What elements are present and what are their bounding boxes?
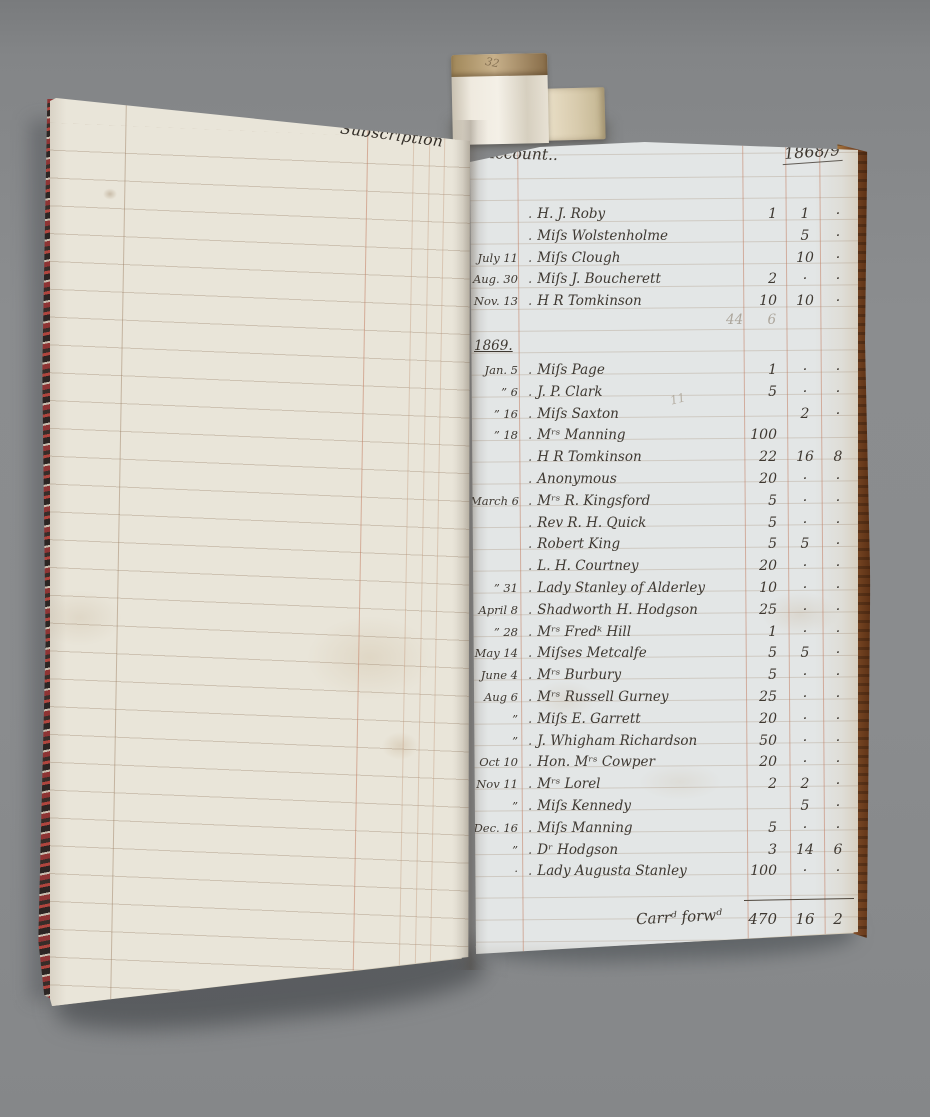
entry-pounds: 5: [715, 645, 777, 661]
entry-pounds: 22: [715, 449, 777, 465]
money-column-line: [429, 91, 446, 1021]
entry-shillings: 1: [788, 206, 822, 222]
entry-date: ” 6: [470, 385, 518, 399]
photo-of-ledger: { "colors": { "background_gray": "#8a8c8…: [0, 0, 930, 1117]
ledger-row: ” J. Whigham Richardson 50 · ·: [470, 732, 858, 754]
entry-date: ” 31: [470, 581, 518, 595]
entry-name: J. Whigham Richardson: [528, 733, 697, 749]
ledger-row: ” Miſs E. Garrett 20 · ·: [470, 710, 858, 732]
entry-pounds: 2: [715, 776, 777, 792]
entry-pounds: 1: [715, 362, 777, 378]
entry-name: L. H. Courtney: [528, 558, 639, 574]
entry-date: ” 28: [470, 625, 518, 639]
entry-name: Anonymous: [528, 471, 617, 487]
ledger-row: H. J. Roby 1 1 ·: [470, 205, 858, 227]
entry-shillings: ·: [788, 362, 822, 378]
entry-pence: ·: [822, 228, 854, 244]
entry-name: Miſs E. Garrett: [528, 711, 641, 727]
ledger-row: Dec. 16 Miſs Manning 5 · ·: [470, 819, 858, 841]
entry-name: H R Tomkinson: [528, 293, 642, 309]
entry-date: ”: [470, 734, 518, 748]
entry-name: Lady Augusta Stanley: [528, 863, 687, 879]
entry-pence: ·: [822, 293, 854, 309]
entry-name: H R Tomkinson: [528, 449, 642, 465]
entry-pounds: 20: [715, 558, 777, 574]
entry-pounds: 25: [715, 602, 777, 618]
entry-shillings: ·: [788, 820, 822, 836]
entry-name: Mʳˢ Lorel: [528, 776, 601, 792]
entry-pence: ·: [822, 558, 854, 574]
entry-pence: ·: [822, 798, 854, 814]
bookmark-tab-label: 32: [484, 55, 500, 70]
bookmark-tab-secondary: [542, 87, 605, 141]
entry-pounds: 20: [715, 711, 777, 727]
ledger-right-page: Account.. 1868/9 H. J. Roby 1 1 · Miſs W…: [470, 142, 858, 954]
entry-pence: ·: [822, 493, 854, 509]
entry-pounds: 10: [715, 580, 777, 596]
entry-pence: ·: [822, 733, 854, 749]
entry-date: Aug. 30: [470, 272, 518, 286]
entry-pence: ·: [822, 776, 854, 792]
entry-date: ”: [470, 799, 518, 813]
entry-name: Mʳˢ Russell Gurney: [528, 689, 669, 705]
entry-shillings: ·: [788, 558, 822, 574]
ledger-row: Oct 10 Hon. Mʳˢ Cowper 20 · ·: [470, 753, 858, 775]
entry-pounds: 20: [715, 471, 777, 487]
entry-pence: ·: [822, 406, 854, 422]
entry-pence: ·: [822, 689, 854, 705]
entry-name: Rev R. H. Quick: [528, 515, 646, 531]
entry-shillings: ·: [788, 515, 822, 531]
entry-date: ”: [470, 843, 518, 857]
entry-shillings: ·: [788, 384, 822, 400]
ledger-row: H R Tomkinson 22 16 8: [470, 448, 858, 470]
entry-pounds: 5: [715, 667, 777, 683]
left-page-vertical-ruling: [42, 94, 478, 1011]
entry-shillings: ·: [788, 271, 822, 287]
ledger-row: ” 31 Lady Stanley of Alderley 10 · ·: [470, 579, 858, 601]
entry-name: Miſs Saxton: [528, 406, 619, 422]
entry-pounds: 1: [715, 206, 777, 222]
entry-pence: ·: [822, 206, 854, 222]
entry-shillings: 14: [788, 842, 822, 858]
entry-shillings: ·: [788, 580, 822, 596]
money-column-line: [398, 91, 415, 1021]
entry-pounds: 3: [715, 842, 777, 858]
entry-pence: ·: [822, 602, 854, 618]
ledger-row: Robert King 5 5 ·: [470, 535, 858, 557]
entry-pence: ·: [822, 471, 854, 487]
entry-shillings: 16: [788, 449, 822, 465]
entry-pence: ·: [822, 362, 854, 378]
ledger-row: Miſs Wolstenholme 5 ·: [470, 227, 858, 249]
entry-date: ” 16: [470, 407, 518, 421]
pencil-subtotal-note: 44 6: [726, 312, 776, 328]
entry-pounds: 5: [715, 515, 777, 531]
entry-pence: ·: [822, 384, 854, 400]
entry-pence: ·: [822, 536, 854, 552]
entry-shillings: 2: [788, 776, 822, 792]
entry-pence: ·: [822, 515, 854, 531]
entries-1869: Jan. 5 Miſs Page 1 · · ” 6 J. P. Clark 5…: [470, 361, 858, 884]
entry-shillings: 5: [788, 645, 822, 661]
entry-shillings: ·: [788, 667, 822, 683]
entry-shillings: 10: [788, 250, 822, 266]
entry-pounds: 20: [715, 754, 777, 770]
ledger-row: ” 18 Mʳˢ Manning 100: [470, 426, 858, 448]
entry-pence: ·: [822, 820, 854, 836]
entry-pence: ·: [822, 667, 854, 683]
ledger-row: May 14 Miſses Metcalfe 5 5 ·: [470, 644, 858, 666]
ledger-row: ” Dʳ Hodgson 3 14 6: [470, 841, 858, 863]
entry-shillings: 2: [788, 406, 822, 422]
total-pounds: 470: [715, 910, 777, 928]
entry-name: Miſs J. Boucherett: [528, 271, 661, 287]
entry-name: Miſs Wolstenholme: [528, 228, 668, 244]
entry-name: Mʳˢ Burbury: [528, 667, 621, 683]
money-column-line: [414, 91, 431, 1021]
section-year-label: 1869.: [474, 338, 513, 354]
entry-name: J. P. Clark: [528, 384, 603, 400]
entry-pounds: 5: [715, 493, 777, 509]
entry-pence: ·: [822, 645, 854, 661]
entry-name: Miſs Page: [528, 362, 605, 378]
entry-pounds: 100: [715, 863, 777, 879]
entry-pounds: 50: [715, 733, 777, 749]
entry-name: Hon. Mʳˢ Cowper: [528, 754, 655, 770]
entry-pounds: 25: [715, 689, 777, 705]
entries-1868: H. J. Roby 1 1 · Miſs Wolstenholme 5 · J…: [470, 205, 858, 314]
entry-shillings: ·: [788, 689, 822, 705]
total-shillings: 16: [788, 910, 822, 928]
ledger-row: Aug 6 Mʳˢ Russell Gurney 25 · ·: [470, 688, 858, 710]
entry-shillings: ·: [788, 754, 822, 770]
entry-shillings: 5: [788, 536, 822, 552]
entry-date: ” 18: [470, 428, 518, 442]
entry-name: Miſs Manning: [528, 820, 633, 836]
ledger-row: June 4 Mʳˢ Burbury 5 · ·: [470, 666, 858, 688]
ledger-left-page: Subscription: [50, 98, 470, 1008]
entry-name: Mʳˢ R. Kingsford: [528, 493, 650, 509]
entry-date: April 8: [470, 603, 518, 617]
entry-name: Miſses Metcalfe: [528, 645, 647, 661]
entry-date: Dec. 16: [470, 821, 518, 835]
ledger-row: ” 28 Mʳˢ Fredᵏ Hill 1 · ·: [470, 623, 858, 645]
entry-pence: ·: [822, 863, 854, 879]
year-label: 1868/9: [781, 140, 843, 165]
entry-shillings: ·: [788, 863, 822, 879]
entry-shillings: ·: [788, 624, 822, 640]
ledger-row: Rev R. H. Quick 5 · ·: [470, 514, 858, 536]
right-page-heading: Account..: [484, 144, 558, 164]
bookmark-tab-edge: 32: [451, 53, 547, 77]
entry-shillings: ·: [788, 493, 822, 509]
entry-name: Shadworth H. Hodgson: [528, 602, 698, 618]
entry-name: Miſs Clough: [528, 250, 620, 266]
entry-pounds: 100: [715, 427, 777, 443]
entry-pounds: 1: [715, 624, 777, 640]
entry-pounds: 5: [715, 536, 777, 552]
entry-pence: ·: [822, 250, 854, 266]
bookmark-tab: 32: [451, 53, 549, 145]
entry-pence: ·: [822, 271, 854, 287]
entry-date: ·: [470, 864, 518, 878]
entry-date: Oct 10: [470, 755, 518, 769]
entry-name: H. J. Roby: [528, 206, 605, 222]
ledger-row: ” 6 J. P. Clark 5 · ·: [470, 383, 858, 405]
ledger-row: ” Miſs Kennedy 5 ·: [470, 797, 858, 819]
entry-pence: ·: [822, 754, 854, 770]
entry-name: Mʳˢ Fredᵏ Hill: [528, 624, 631, 640]
entry-name: Lady Stanley of Alderley: [528, 580, 705, 596]
entry-shillings: 5: [788, 798, 822, 814]
entry-shillings: 10: [788, 293, 822, 309]
entry-date: May 14: [470, 646, 518, 660]
entry-name: Mʳˢ Manning: [528, 427, 626, 443]
money-column-line: [352, 90, 369, 1020]
entry-date: Nov 11: [470, 777, 518, 791]
entry-date: Aug 6: [470, 690, 518, 704]
entry-shillings: 5: [788, 228, 822, 244]
ledger-row: April 8 Shadworth H. Hodgson 25 · ·: [470, 601, 858, 623]
entry-name: Dʳ Hodgson: [528, 842, 618, 858]
entry-pence: 8: [822, 449, 854, 465]
entry-pounds: 2: [715, 271, 777, 287]
entry-date: March 6: [470, 494, 518, 508]
ledger-row: Nov 11 Mʳˢ Lorel 2 2 ·: [470, 775, 858, 797]
entry-pence: ·: [822, 580, 854, 596]
entry-pence: ·: [822, 711, 854, 727]
entry-shillings: ·: [788, 733, 822, 749]
entry-pounds: 5: [715, 384, 777, 400]
entry-date: ”: [470, 712, 518, 726]
entry-date: Nov. 13: [470, 294, 518, 308]
entry-pence: ·: [822, 624, 854, 640]
entry-shillings: ·: [788, 602, 822, 618]
entry-shillings: ·: [788, 711, 822, 727]
ledger-row: Aug. 30 Miſs J. Boucherett 2 · ·: [470, 270, 858, 292]
ledger-row: ” 16 Miſs Saxton 2 ·: [470, 405, 858, 427]
ledger-row: Nov. 13 H R Tomkinson 10 10 ·: [470, 292, 858, 314]
entry-shillings: ·: [788, 471, 822, 487]
margin-line: [110, 86, 127, 1016]
ledger-row: July 11 Miſs Clough 10 ·: [470, 249, 858, 271]
entry-pounds: 5: [715, 820, 777, 836]
entry-pounds: 10: [715, 293, 777, 309]
total-pence: 2: [822, 910, 854, 928]
entry-date: Jan. 5: [470, 363, 518, 377]
entry-pence: 6: [822, 842, 854, 858]
ledger-row: · Lady Augusta Stanley 100 · ·: [470, 862, 858, 884]
entry-date: July 11: [470, 251, 518, 265]
entry-name: Miſs Kennedy: [528, 798, 631, 814]
entry-name: Robert King: [528, 536, 620, 552]
ledger-row: Jan. 5 Miſs Page 1 · ·: [470, 361, 858, 383]
ledger-row: March 6 Mʳˢ R. Kingsford 5 · ·: [470, 492, 858, 514]
ledger-row: Anonymous 20 · ·: [470, 470, 858, 492]
entry-date: June 4: [470, 668, 518, 682]
ledger-row: L. H. Courtney 20 · ·: [470, 557, 858, 579]
